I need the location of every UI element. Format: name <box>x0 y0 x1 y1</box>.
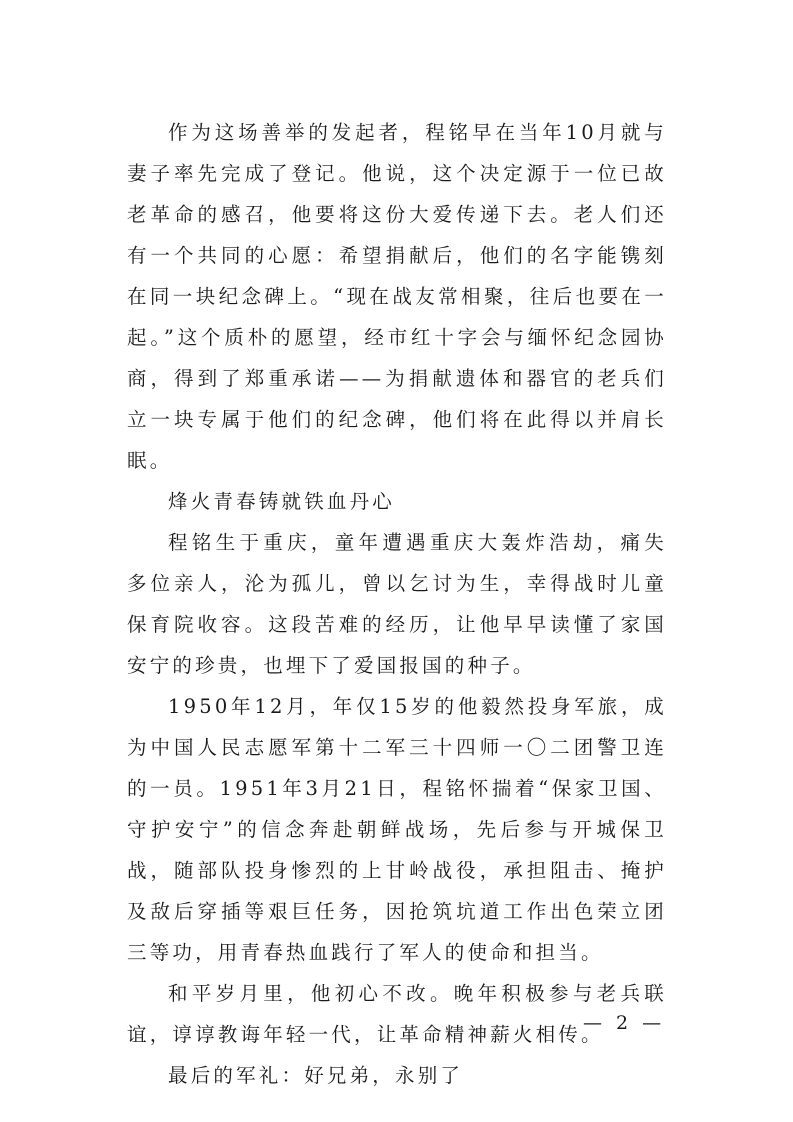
section-heading-youth: 烽火青春铸就铁血丹心 <box>127 481 667 522</box>
document-body: 作为这场善举的发起者，程铭早在当年10月就与妻子率先完成了登记。他说，这个决定源… <box>127 112 667 1096</box>
paragraph-military-service: 1950年12月，年仅15岁的他毅然投身军旅，成为中国人民志愿军第十二军三十四师… <box>127 686 667 973</box>
page-number: — 2 — <box>583 1012 665 1034</box>
paragraph-initiator: 作为这场善举的发起者，程铭早在当年10月就与妻子率先完成了登记。他说，这个决定源… <box>127 112 667 481</box>
paragraph-childhood: 程铭生于重庆，童年遭遇重庆大轰炸浩劫，痛失多位亲人，沦为孤儿，曾以乞讨为生，幸得… <box>127 522 667 686</box>
section-heading-final-salute: 最后的军礼：好兄弟，永别了 <box>127 1055 667 1096</box>
